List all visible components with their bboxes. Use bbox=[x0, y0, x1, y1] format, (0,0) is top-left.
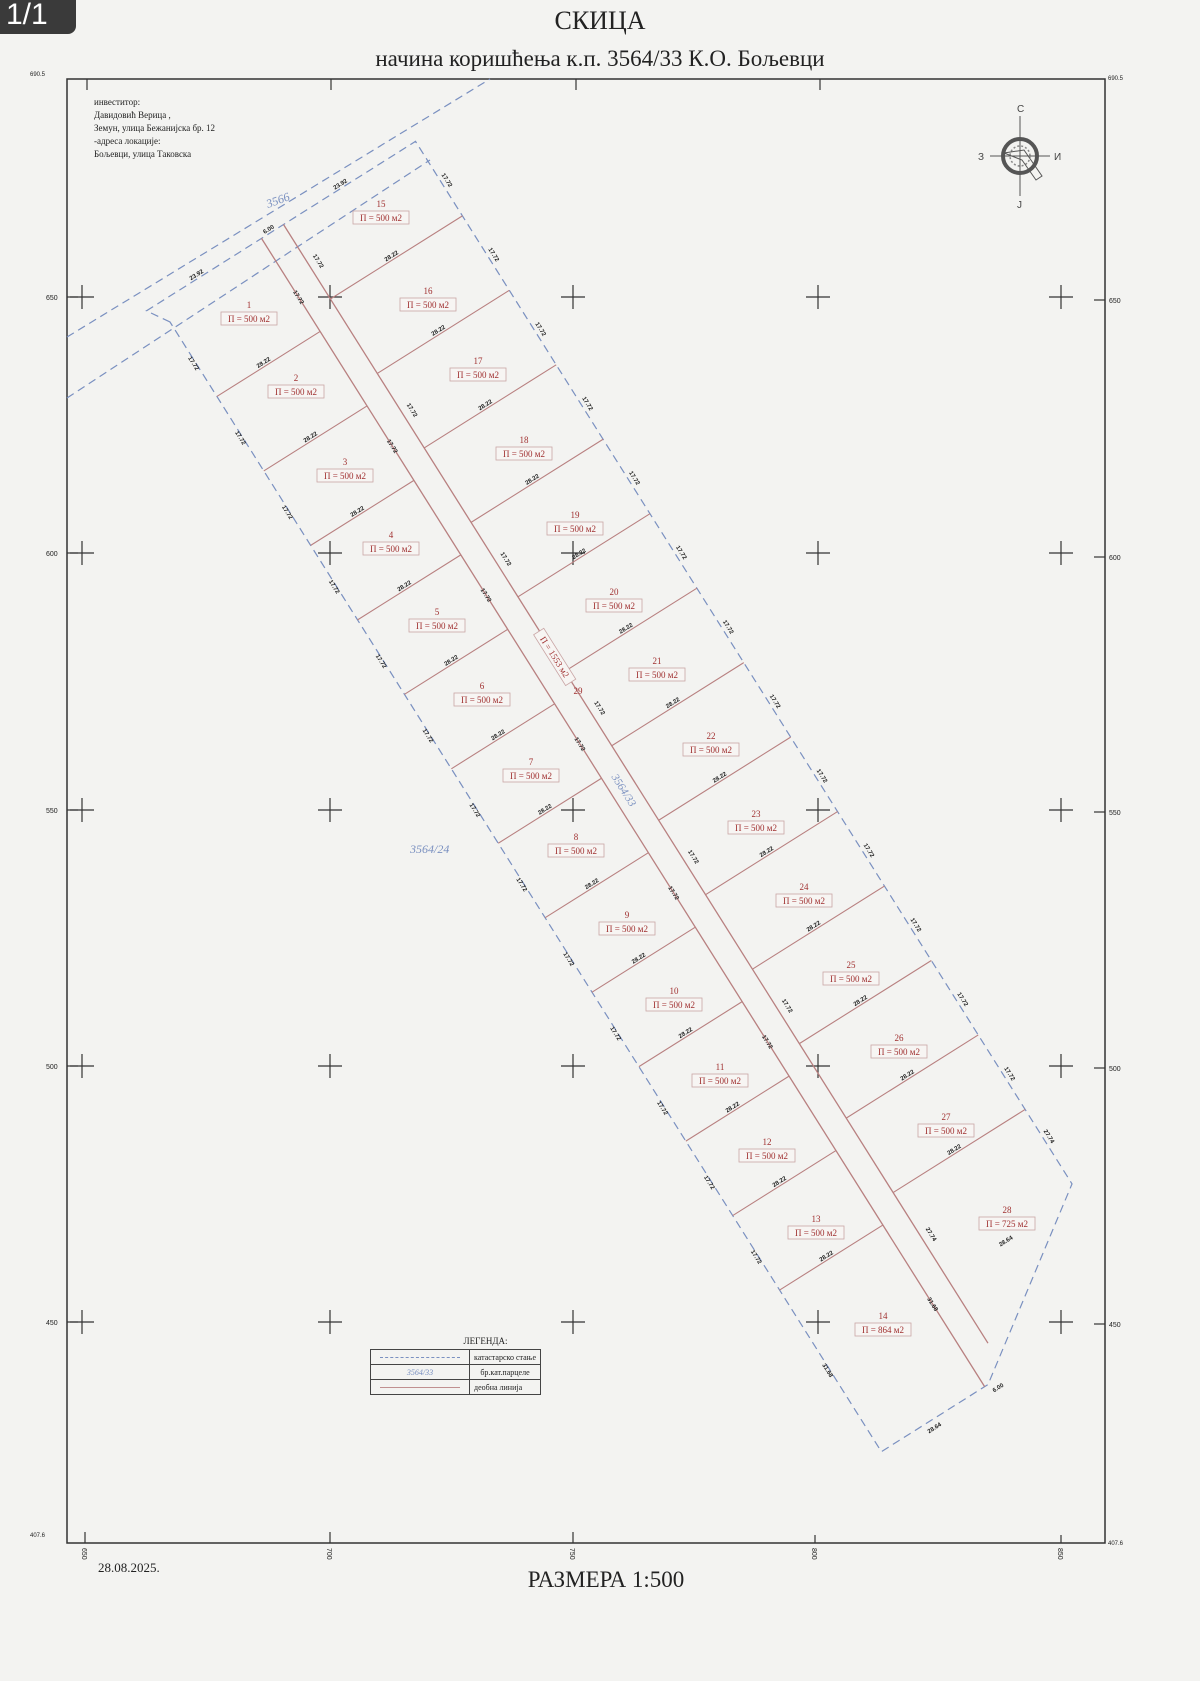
svg-text:17.72: 17.72 bbox=[721, 619, 734, 635]
grid-label-x-750: 750 bbox=[568, 1548, 575, 1560]
parcel-19: 19П = 500 м2 bbox=[547, 510, 603, 535]
svg-text:2: 2 bbox=[294, 373, 299, 383]
grid-label-y-550: 550 bbox=[46, 808, 58, 815]
svg-text:П = 500 м2: П = 500 м2 bbox=[416, 621, 458, 631]
svg-text:П = 500 м2: П = 500 м2 bbox=[370, 544, 412, 554]
parcel-1: 1П = 500 м2 bbox=[221, 300, 277, 325]
svg-text:17.72: 17.72 bbox=[592, 700, 605, 716]
svg-text:17.72: 17.72 bbox=[327, 579, 340, 595]
parcel-4: 4П = 500 м2 bbox=[363, 530, 419, 555]
parcel-16: 16П = 500 м2 bbox=[400, 286, 456, 311]
svg-text:17.72: 17.72 bbox=[780, 998, 793, 1014]
svg-text:23: 23 bbox=[752, 809, 762, 819]
svg-text:17.72: 17.72 bbox=[421, 728, 434, 744]
svg-text:П = 500 м2: П = 500 м2 bbox=[606, 924, 648, 934]
svg-text:17.72: 17.72 bbox=[514, 877, 527, 893]
svg-text:19: 19 bbox=[571, 510, 581, 520]
svg-text:Ј: Ј bbox=[1017, 200, 1022, 211]
svg-text:П = 500 м2: П = 500 м2 bbox=[925, 1126, 967, 1136]
parcel-5: 5П = 500 м2 bbox=[409, 607, 465, 632]
svg-text:П = 500 м2: П = 500 м2 bbox=[457, 370, 499, 380]
grid-crosses bbox=[70, 285, 1073, 1334]
svg-text:26: 26 bbox=[895, 1033, 905, 1043]
svg-text:6.00: 6.00 bbox=[992, 1382, 1006, 1394]
svg-text:24: 24 bbox=[800, 882, 810, 892]
legend: ЛЕГЕНДА: катастарско стање 3564/33 бр.ка… bbox=[370, 1336, 541, 1395]
svg-text:1: 1 bbox=[247, 300, 252, 310]
svg-text:П = 500 м2: П = 500 м2 bbox=[275, 387, 317, 397]
svg-text:П = 500 м2: П = 500 м2 bbox=[783, 896, 825, 906]
svg-text:17.72: 17.72 bbox=[862, 843, 875, 859]
parcel-25: 25П = 500 м2 bbox=[823, 960, 879, 985]
corner-label-bottom-right: 407.6 bbox=[1108, 1541, 1124, 1547]
parcel-26: 26П = 500 м2 bbox=[871, 1033, 927, 1058]
svg-text:25: 25 bbox=[847, 960, 857, 970]
svg-text:17: 17 bbox=[474, 356, 484, 366]
parcel-labels: 1П = 500 м2 2П = 500 м2 3П = 500 м2 4П =… bbox=[221, 199, 1035, 1336]
grid-label-y-450-right: 450 bbox=[1109, 1322, 1121, 1329]
svg-text:17.72: 17.72 bbox=[1002, 1066, 1015, 1082]
parcel-12: 12П = 500 м2 bbox=[739, 1137, 795, 1162]
svg-text:14: 14 bbox=[879, 1311, 889, 1321]
legend-row-parcel-number: 3564/33 бр.кат.парцеле bbox=[371, 1365, 541, 1380]
svg-text:З: З bbox=[978, 152, 984, 163]
svg-text:18: 18 bbox=[520, 435, 530, 445]
legend-row-cadastral: катастарско стање bbox=[371, 1350, 541, 1365]
svg-text:7: 7 bbox=[529, 757, 534, 767]
svg-text:31.68: 31.68 bbox=[820, 1363, 833, 1379]
cadastral-sketch: 690.5 690.5 407.6 407.6 650 600 550 500 … bbox=[0, 0, 1200, 1681]
svg-text:17.72: 17.72 bbox=[608, 1026, 621, 1042]
legend-title: ЛЕГЕНДА: bbox=[370, 1336, 541, 1346]
svg-text:17.72: 17.72 bbox=[768, 694, 781, 710]
svg-text:17.72: 17.72 bbox=[674, 545, 687, 561]
svg-text:П = 500 м2: П = 500 м2 bbox=[228, 314, 270, 324]
svg-text:17.72: 17.72 bbox=[186, 356, 199, 372]
corner-label-top-left: 690.5 bbox=[30, 72, 46, 78]
grid-label-y-550-right: 550 bbox=[1109, 810, 1121, 817]
parcel-10: 10П = 500 м2 bbox=[646, 986, 702, 1011]
svg-text:27.74: 27.74 bbox=[1042, 1129, 1055, 1145]
svg-text:8: 8 bbox=[574, 832, 579, 842]
grid-label-y-650-right: 650 bbox=[1109, 298, 1121, 305]
svg-text:17.72: 17.72 bbox=[280, 505, 293, 521]
parcel-6: 6П = 500 м2 bbox=[454, 681, 510, 706]
svg-text:27: 27 bbox=[942, 1112, 952, 1122]
grid-label-y-500: 500 bbox=[46, 1064, 58, 1071]
svg-text:13: 13 bbox=[812, 1214, 822, 1224]
legend-row-division: деобна линија bbox=[371, 1380, 541, 1395]
svg-text:17.72: 17.72 bbox=[955, 992, 968, 1008]
road-parcel-id: 3564/33 bbox=[608, 771, 638, 809]
svg-text:22: 22 bbox=[707, 731, 716, 741]
parcel-29-number: 29 bbox=[574, 686, 584, 696]
svg-text:П = 500 м2: П = 500 м2 bbox=[699, 1076, 741, 1086]
parcel-7: 7П = 500 м2 bbox=[503, 757, 559, 782]
parcel-id-3564-24: 3564/24 bbox=[409, 842, 449, 856]
svg-text:27.74: 27.74 bbox=[924, 1227, 937, 1243]
svg-text:17.72: 17.72 bbox=[686, 849, 699, 865]
parcel-20: 20П = 500 м2 bbox=[586, 587, 642, 612]
grid-label-y-600: 600 bbox=[46, 551, 58, 558]
svg-text:П = 500 м2: П = 500 м2 bbox=[795, 1228, 837, 1238]
svg-text:17.72: 17.72 bbox=[815, 768, 828, 784]
svg-text:П = 500 м2: П = 500 м2 bbox=[324, 471, 366, 481]
svg-text:П = 500 м2: П = 500 м2 bbox=[878, 1047, 920, 1057]
svg-text:15: 15 bbox=[377, 199, 387, 209]
svg-text:П = 864 м2: П = 864 м2 bbox=[862, 1325, 904, 1335]
parcel-13: 13П = 500 м2 bbox=[788, 1214, 844, 1239]
svg-text:28.64: 28.64 bbox=[998, 1235, 1014, 1248]
parcel-17: 17П = 500 м2 bbox=[450, 356, 506, 381]
corner-label-bottom-left: 407.6 bbox=[30, 1533, 46, 1539]
svg-text:21: 21 bbox=[653, 656, 662, 666]
svg-text:17.72: 17.72 bbox=[909, 917, 922, 933]
svg-text:17.72: 17.72 bbox=[627, 471, 640, 487]
svg-text:17.72: 17.72 bbox=[374, 654, 387, 670]
svg-text:П = 500 м2: П = 500 м2 bbox=[690, 745, 732, 755]
svg-text:9: 9 bbox=[625, 910, 630, 920]
svg-text:П = 500 м2: П = 500 м2 bbox=[735, 823, 777, 833]
svg-text:28: 28 bbox=[1003, 1205, 1013, 1215]
parcel-21: 21П = 500 м2 bbox=[629, 656, 685, 681]
svg-text:17.72: 17.72 bbox=[311, 254, 324, 270]
dashed-line-symbol-icon bbox=[380, 1357, 460, 1358]
svg-text:17.72: 17.72 bbox=[468, 803, 481, 819]
parcel-2: 2П = 500 м2 bbox=[268, 373, 324, 398]
svg-text:17.72: 17.72 bbox=[561, 952, 574, 968]
svg-text:28.64: 28.64 bbox=[927, 1422, 943, 1435]
svg-text:П = 500 м2: П = 500 м2 bbox=[830, 974, 872, 984]
svg-text:20: 20 bbox=[610, 587, 620, 597]
parcel-11: 11П = 500 м2 bbox=[692, 1062, 748, 1087]
parcel-22: 22П = 500 м2 bbox=[683, 731, 739, 756]
svg-text:П = 500 м2: П = 500 м2 bbox=[746, 1151, 788, 1161]
svg-text:П = 500 м2: П = 500 м2 bbox=[461, 695, 503, 705]
grid-label-x-700: 700 bbox=[325, 1548, 332, 1560]
parcel-14: 14П = 864 м2 bbox=[855, 1311, 911, 1336]
svg-text:17.72: 17.72 bbox=[533, 322, 546, 338]
solid-line-symbol-icon bbox=[380, 1387, 460, 1388]
svg-text:3: 3 bbox=[343, 457, 348, 467]
svg-text:17.72: 17.72 bbox=[440, 173, 453, 189]
svg-text:17.72: 17.72 bbox=[749, 1249, 762, 1265]
parcel-id-3566: 3566 bbox=[263, 189, 291, 211]
parcel-27: 27П = 500 м2 bbox=[918, 1112, 974, 1137]
svg-text:17.72: 17.72 bbox=[486, 247, 499, 263]
svg-text:17.72: 17.72 bbox=[580, 396, 593, 412]
grid-label-y-450: 450 bbox=[46, 1320, 58, 1327]
svg-text:И: И bbox=[1054, 152, 1061, 163]
grid-label-x-800: 800 bbox=[810, 1548, 817, 1560]
svg-text:16: 16 bbox=[424, 286, 434, 296]
svg-text:17.72: 17.72 bbox=[499, 552, 512, 568]
svg-text:П = 500 м2: П = 500 м2 bbox=[510, 771, 552, 781]
grid-label-y-600-right: 600 bbox=[1109, 555, 1121, 562]
parcel-18: 18П = 500 м2 bbox=[496, 435, 552, 460]
svg-text:17.72: 17.72 bbox=[702, 1175, 715, 1191]
grid-label-x-850: 850 bbox=[1056, 1548, 1063, 1560]
parcel-strip: 28.22 28.22 28.22 28.22 28.22 28.22 28.2… bbox=[143, 132, 1152, 1469]
svg-text:П = 500 м2: П = 500 м2 bbox=[636, 670, 678, 680]
svg-text:П = 500 м2: П = 500 м2 bbox=[360, 213, 402, 223]
svg-text:П = 500 м2: П = 500 м2 bbox=[653, 1000, 695, 1010]
svg-text:4: 4 bbox=[389, 530, 394, 540]
parcel-15: 15П = 500 м2 bbox=[353, 199, 409, 224]
svg-text:С: С bbox=[1017, 104, 1024, 115]
svg-text:17.72: 17.72 bbox=[233, 430, 246, 446]
grid-label-y-650: 650 bbox=[46, 295, 58, 302]
corner-label-top-right: 690.5 bbox=[1108, 76, 1124, 82]
parcel-28: 28П = 725 м2 bbox=[979, 1205, 1035, 1230]
parcel-8: 8П = 500 м2 bbox=[548, 832, 604, 857]
svg-text:5: 5 bbox=[435, 607, 440, 617]
svg-text:П = 500 м2: П = 500 м2 bbox=[503, 449, 545, 459]
svg-text:П = 500 м2: П = 500 м2 bbox=[555, 846, 597, 856]
parcel-24: 24П = 500 м2 bbox=[776, 882, 832, 907]
map-frame bbox=[67, 79, 1105, 1543]
map-scale: РАЗМЕРА 1:500 bbox=[0, 1567, 1200, 1593]
svg-text:П = 500 м2: П = 500 м2 bbox=[554, 524, 596, 534]
parcel-23: 23П = 500 м2 bbox=[728, 809, 784, 834]
grid-label-x-650: 650 bbox=[80, 1548, 87, 1560]
svg-text:6: 6 bbox=[480, 681, 485, 691]
grid-label-y-500-right: 500 bbox=[1109, 1066, 1121, 1073]
svg-text:П = 725 м2: П = 725 м2 bbox=[986, 1219, 1028, 1229]
svg-text:12: 12 bbox=[763, 1137, 772, 1147]
legend-table: катастарско стање 3564/33 бр.кат.парцеле… bbox=[370, 1349, 541, 1395]
parcel-3: 3П = 500 м2 bbox=[317, 457, 373, 482]
parcel-9: 9П = 500 м2 bbox=[599, 910, 655, 935]
svg-text:10: 10 bbox=[670, 986, 680, 996]
svg-text:17.72: 17.72 bbox=[655, 1100, 668, 1116]
svg-text:П = 1553 м2: П = 1553 м2 bbox=[538, 635, 571, 680]
svg-text:17.72: 17.72 bbox=[405, 403, 418, 419]
svg-text:11: 11 bbox=[716, 1062, 725, 1072]
parcel-29-road: П = 1553 м2 bbox=[534, 628, 576, 685]
north-arrow-compass-icon: С Ј И З bbox=[978, 104, 1061, 211]
svg-text:П = 500 м2: П = 500 м2 bbox=[593, 601, 635, 611]
svg-text:П = 500 м2: П = 500 м2 bbox=[407, 300, 449, 310]
